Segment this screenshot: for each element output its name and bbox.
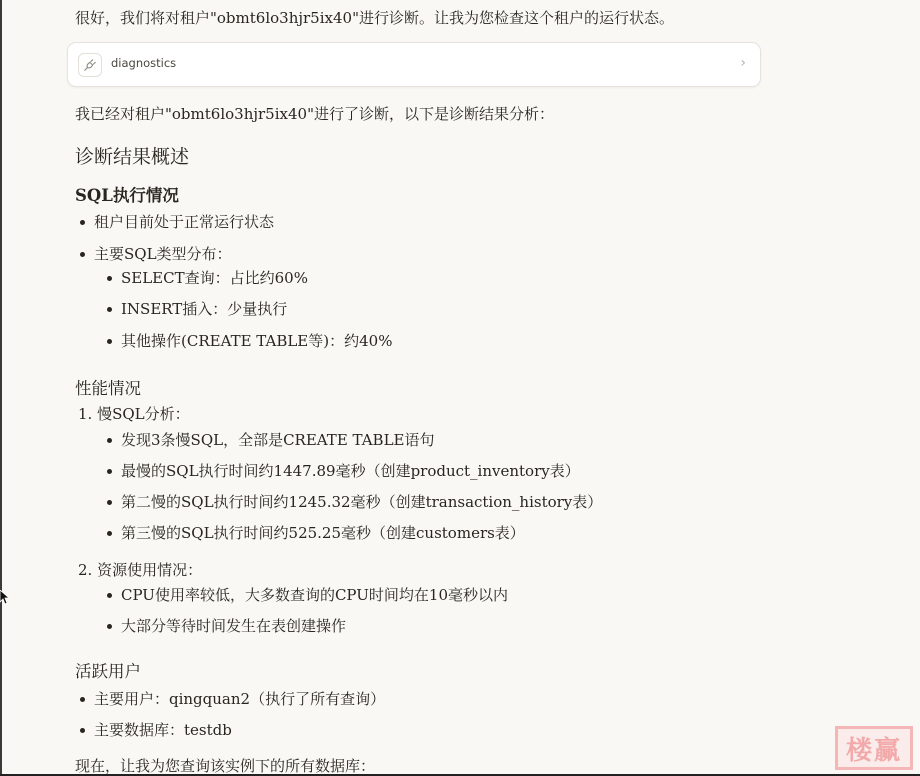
- list-item: 主要数据库：testdb: [94, 719, 232, 741]
- diagnostics-tool-call-card[interactable]: diagnostics ›: [67, 42, 761, 87]
- intro-text: 很好，我们将对租户"obmt6lo3hjr5ix40"进行诊断。让我为您检查这个…: [75, 7, 674, 29]
- list-item: 第二慢的SQL执行时间约1245.32毫秒（创建transaction_hist…: [121, 491, 602, 513]
- list-item: 主要SQL类型分布：: [94, 243, 232, 265]
- numbered-item-label: 2. 资源使用情况：: [78, 559, 202, 581]
- list-item: 其他操作(CREATE TABLE等)：约40%: [121, 330, 392, 352]
- list-item: 最慢的SQL执行时间约1447.89毫秒（创建product_inventory…: [121, 460, 580, 482]
- performance-section-heading: 性能情况: [75, 375, 141, 399]
- watermark-stamp: 楼赢: [835, 726, 913, 770]
- list-item: SELECT查询：占比约60%: [121, 267, 308, 289]
- chevron-right-icon[interactable]: ›: [740, 55, 746, 71]
- plug-icon: [78, 53, 102, 77]
- users-section-heading: 活跃用户: [75, 658, 141, 682]
- watermark-text: 楼赢: [846, 730, 902, 767]
- overview-heading: 诊断结果概述: [75, 142, 189, 169]
- mouse-cursor-icon: [0, 590, 10, 606]
- list-item: 第三慢的SQL执行时间约525.25毫秒（创建customers表）: [121, 522, 525, 544]
- result-intro-text: 我已经对租户"obmt6lo3hjr5ix40"进行了诊断，以下是诊断结果分析：: [75, 103, 554, 125]
- list-item: 发现3条慢SQL，全部是CREATE TABLE语句: [121, 429, 435, 451]
- list-item: 主要用户：qingquan2（执行了所有查询）: [94, 688, 385, 710]
- list-item: 大部分等待时间发生在表创建操作: [121, 615, 346, 637]
- window-left-border: [0, 0, 2, 776]
- numbered-item-label: 1. 慢SQL分析：: [78, 403, 190, 425]
- list-item: CPU使用率较低，大多数查询的CPU时间均在10毫秒以内: [121, 584, 508, 606]
- list-item: INSERT插入：少量执行: [121, 298, 287, 320]
- tool-name-label: diagnostics: [111, 56, 176, 70]
- followup-text: 现在，让我为您查询该实例下的所有数据库：: [75, 755, 375, 776]
- list-item: 租户目前处于正常运行状态: [94, 211, 274, 233]
- sql-section-heading: SQL执行情况: [75, 182, 179, 206]
